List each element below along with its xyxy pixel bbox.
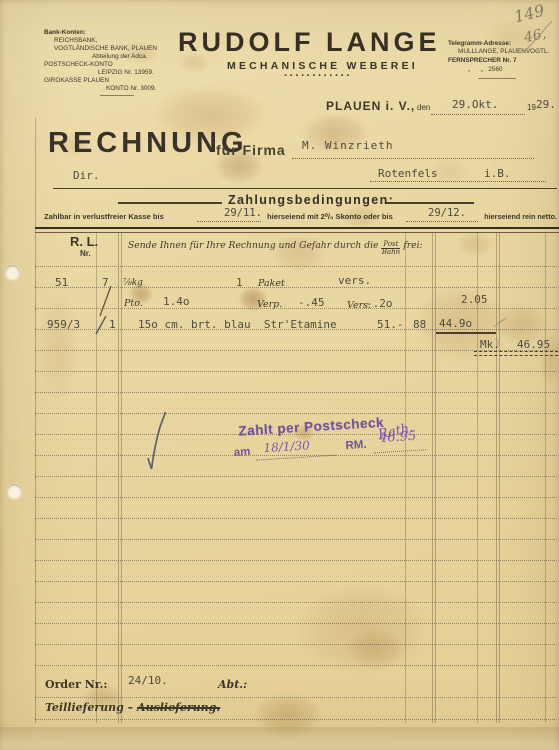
ruled-line [35, 476, 557, 477]
typed-year: 29. [536, 98, 556, 111]
column-rule [435, 233, 436, 723]
ruled-line [35, 697, 557, 698]
subtotal-underline [436, 332, 496, 334]
ruled-line [35, 392, 557, 393]
table-col1-subheader: Nr. [80, 249, 91, 258]
table-col1-header: R. L. [70, 234, 98, 249]
checkmark-ink [148, 412, 166, 469]
bank-line: GIROKASSE PLAUEN [44, 77, 109, 85]
row1-amount: 2.05 [461, 293, 488, 306]
header-sentence-pre: Sende Ihnen für Ihre Rechnung und Gefahr… [128, 240, 378, 251]
ruled-line [35, 413, 557, 414]
column-rule [477, 233, 478, 723]
ruled-line [35, 371, 557, 372]
ruled-line [35, 719, 557, 720]
ruled-line [35, 539, 557, 540]
total-double-rule-1 [474, 351, 558, 352]
city-underline [370, 181, 546, 182]
ruled-line [35, 644, 557, 645]
for-firma-label: für Firma [216, 142, 286, 158]
pto-value: 1.4o [163, 295, 190, 308]
terms-field-2 [406, 221, 478, 222]
ruled-line [35, 308, 557, 309]
column-rule [96, 233, 97, 723]
total-currency: Mk. [480, 338, 500, 351]
column-rule [118, 233, 119, 723]
row2-qty: 1 [109, 318, 116, 331]
ruled-line [35, 665, 557, 666]
stamp-amount-underline [374, 449, 426, 453]
column-rule [121, 233, 122, 723]
post-bahn-fraction: PostBahn [381, 241, 400, 257]
bank-block-divider [100, 95, 134, 96]
paper-bottom-edge [0, 727, 559, 750]
row1-rl-nr: 51 [55, 276, 68, 289]
column-rule [496, 233, 497, 723]
stamp-date-underline [256, 455, 336, 461]
verp-value: -.45 [298, 296, 325, 309]
terms-label-3: hierseiend rein netto. [484, 212, 557, 221]
den-label: den [417, 103, 430, 112]
punch-hole-bottom [7, 484, 22, 499]
column-rule [35, 118, 36, 723]
row1-unit-label: Paket [258, 278, 285, 289]
date-underline [431, 114, 525, 115]
customer-underline [292, 158, 534, 159]
telegram-divider [478, 78, 516, 79]
ruled-line [35, 287, 557, 288]
header-sentence-post: frei: [403, 240, 422, 251]
column-rule [499, 233, 500, 723]
company-name: RUDOLF LANGE [178, 27, 440, 58]
ruled-line [35, 623, 557, 624]
ink-annotations [0, 0, 559, 750]
terms-label-1: Zahlbar in verlustfreier Kasse bis [44, 212, 164, 221]
foxing-stain [345, 628, 407, 670]
ruled-line [35, 560, 557, 561]
stamp-am-label: am [233, 446, 250, 459]
abt-label: Abt.: [218, 678, 247, 691]
total-double-rule-2 [474, 355, 558, 356]
terms-value-1: 29/11. [224, 207, 262, 219]
foxing-stain [455, 230, 495, 258]
table-top-rule-heavy [35, 227, 559, 229]
ruled-line [35, 518, 557, 519]
terms-heading-dash-left [118, 202, 222, 204]
punch-hole-top [5, 265, 20, 280]
terms-heading-dash-right [386, 202, 474, 204]
order-label: Order Nr.: [45, 678, 107, 691]
row1-qty: 1 [236, 276, 243, 289]
customer-name: M. Winzrieth [302, 139, 393, 152]
delivery-label: Teillieferung – [45, 701, 133, 714]
row1-slash-ink [100, 286, 111, 316]
column-rule [405, 233, 406, 723]
row1-unit: ⅞kg [123, 278, 143, 288]
row1-col2: 7 [102, 276, 109, 289]
row2-description: 15o cm. brt. blau Str'Etamine [138, 318, 337, 331]
attn-line: Dir. [73, 169, 100, 182]
telegram-line: FERNSPRECHER Nr. 7 [448, 57, 517, 65]
row2-tick-ink [96, 316, 106, 334]
stamp-date-handwritten: 18/1/30 [263, 438, 310, 455]
subtitle-dots: ············ [284, 70, 352, 82]
address-bottom-rule [53, 188, 557, 189]
place-label: PLAUEN i. V., [326, 99, 415, 113]
stamp-rm-label: RM. [345, 439, 367, 452]
delivery-line: Teillieferung – Auslieferung. [45, 701, 220, 714]
vers-value: -.2o [366, 297, 393, 310]
pencil-note-amount: 46, [523, 26, 548, 46]
ruled-line [35, 497, 557, 498]
column-rule [432, 233, 433, 723]
verp-label: Verp. [257, 299, 282, 310]
stamp-line1: Zahlt per Postscheck [238, 415, 384, 439]
pto-label: Pto. [124, 298, 143, 309]
terms-label-2: hierseiend mit 2⁰/₀ Skonto oder bis [267, 212, 393, 221]
table-top-rule-thin [35, 232, 559, 233]
terms-heading: Zahlungsbedingungen: [228, 193, 394, 207]
telegram-line: MULLLANGE, PLAUENVOGTL. [458, 48, 549, 56]
customer-city: Rotenfels [378, 167, 438, 180]
row1-note: vers. [338, 274, 371, 287]
pencil-note-number: 149 [512, 1, 546, 27]
row2-pfennig: 88 [413, 318, 426, 331]
row2-rl-nr: 959/3 [47, 318, 80, 331]
invoice-document: Bank-Konten: REICHSBANK, VOGTLÄNDISCHE B… [0, 0, 559, 750]
column-rule [545, 233, 546, 723]
telegram-line: „ „ 2560 [468, 66, 502, 74]
terms-value-2: 29/12. [428, 207, 466, 219]
year-prefix: 19 [527, 103, 536, 112]
total-amount: 46.95 [517, 338, 550, 351]
ruled-line [35, 581, 557, 582]
table-header-sentence: Sende Ihnen für Ihre Rechnung und Gefahr… [128, 240, 423, 257]
bank-line: KONTO Nr. 3009. [106, 85, 156, 93]
delivery-struck-word: Auslieferung. [137, 701, 220, 714]
order-value: 24/10. [128, 674, 168, 687]
terms-field-1 [197, 221, 261, 222]
row2-amount: 44.9o [439, 317, 472, 330]
foxing-stain [295, 582, 430, 677]
customer-region: i.B. [484, 167, 511, 180]
ruled-line [35, 602, 557, 603]
typed-date: 29.Okt. [452, 98, 498, 111]
ruled-line [35, 266, 557, 267]
row2-price: 51.- [377, 318, 404, 331]
foxing-stain [38, 288, 80, 408]
